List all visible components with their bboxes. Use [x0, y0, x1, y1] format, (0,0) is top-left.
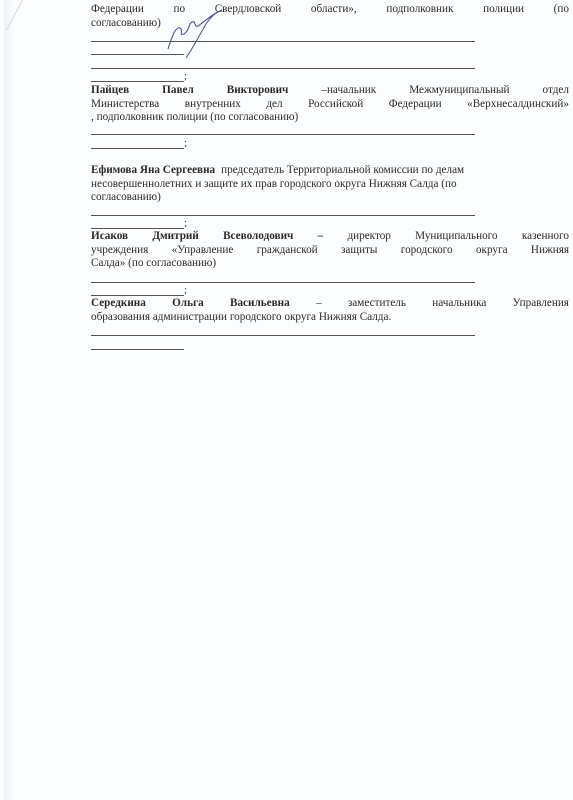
dash: – [318, 230, 324, 244]
word: городского [401, 244, 453, 258]
word: гражданской [257, 244, 318, 258]
word: подполковник [386, 3, 453, 17]
person-name: Викторович [227, 84, 289, 98]
text-line: образования администрации городского окр… [91, 311, 569, 325]
scanned-document-page: Федерации по Свердловской области», подп… [0, 0, 573, 800]
word: (по [554, 3, 569, 17]
person-name: Исаков [91, 230, 128, 244]
signature-line [91, 68, 475, 69]
word: Нижняя [531, 244, 569, 258]
text-line: , подполковник полиции (по согласованию) [91, 111, 569, 125]
word: председатель Территориальной комиссии по… [221, 164, 464, 178]
word: казенного [522, 230, 569, 244]
word: округа [476, 244, 508, 258]
section-seredkina: Середкина Ольга Васильевна – заместитель… [91, 297, 569, 324]
signature-line [91, 41, 475, 42]
semicolon: ; [184, 70, 187, 84]
section-efimova: Ефимова Яна Сергеевна председатель Терри… [91, 164, 569, 205]
word: Салда» (по согласованию) [91, 257, 216, 271]
word: Федерации [389, 98, 442, 112]
signature-line [91, 335, 475, 336]
word: –начальник [321, 84, 376, 98]
text-line: Пайцев Павел Викторович –начальник Межму… [91, 84, 569, 98]
text-line: Середкина Ольга Васильевна – заместитель… [91, 297, 569, 311]
word: отдел [543, 84, 569, 98]
word: согласованию) [91, 191, 161, 205]
signature-line-short [91, 81, 184, 82]
word: несовершеннолетних и защите их прав горо… [91, 178, 457, 192]
handwritten-signature-icon [160, 6, 260, 66]
text-line: Салда» (по согласованию) [91, 257, 569, 271]
word: внутренних [185, 98, 241, 112]
person-name: Ефимова Яна Сергеевна [91, 164, 215, 178]
person-name: Васильевна [230, 297, 290, 311]
section-paitsev: Пайцев Павел Викторович –начальник Межму… [91, 84, 569, 125]
person-name: Всеволодович [223, 230, 293, 244]
person-name: Ольга [172, 297, 204, 311]
text-line: несовершеннолетних и защите их прав горо… [91, 178, 569, 192]
word: «Управление [172, 244, 234, 258]
word: – [316, 297, 322, 311]
signature-line [91, 134, 475, 135]
word: , подполковник полиции (по согласованию) [91, 111, 298, 125]
signature-line-short [91, 148, 184, 149]
text-line: Исаков Дмитрий Всеволодович – директор М… [91, 230, 569, 244]
word: начальника [432, 297, 486, 311]
text-line: Ефимова Яна Сергеевна председатель Терри… [91, 164, 569, 178]
word: Российской [308, 98, 363, 112]
signature-line [91, 282, 475, 283]
word: «Верхнесалдинский» [467, 98, 569, 112]
signature-line-short [91, 228, 184, 229]
person-name: Пайцев [91, 84, 129, 98]
word: учреждения [91, 244, 148, 258]
text-line: Министерства внутренних дел Российской Ф… [91, 98, 569, 112]
signature-line-short [91, 54, 184, 55]
signature-line-short [91, 349, 184, 350]
signature-line [91, 215, 475, 216]
person-name: Середкина [91, 297, 146, 311]
word: защиты [341, 244, 377, 258]
word: Межмуниципальный [409, 84, 509, 98]
word: Управления [513, 297, 569, 311]
word: директор [347, 230, 390, 244]
semicolon: ; [184, 137, 187, 151]
word: согласованию) [91, 17, 161, 31]
person-name: Дмитрий [152, 230, 199, 244]
scan-edge-shadow [4, 0, 14, 800]
word: дел [266, 98, 282, 112]
section-isakov: Исаков Дмитрий Всеволодович – директор М… [91, 230, 569, 271]
word: образования администрации городского окр… [91, 311, 391, 325]
word: Министерства [91, 98, 159, 112]
semicolon: ; [184, 217, 187, 231]
word: Муниципального [415, 230, 497, 244]
word: Федерации [91, 3, 144, 17]
word: полиции [483, 3, 524, 17]
text-line: учреждения «Управление гражданской защит… [91, 244, 569, 258]
word: заместитель [348, 297, 406, 311]
word: области», [311, 3, 357, 17]
signature-line-short [91, 295, 184, 296]
text-line: согласованию) [91, 191, 569, 205]
semicolon: ; [184, 284, 187, 298]
person-name: Павел [162, 84, 194, 98]
